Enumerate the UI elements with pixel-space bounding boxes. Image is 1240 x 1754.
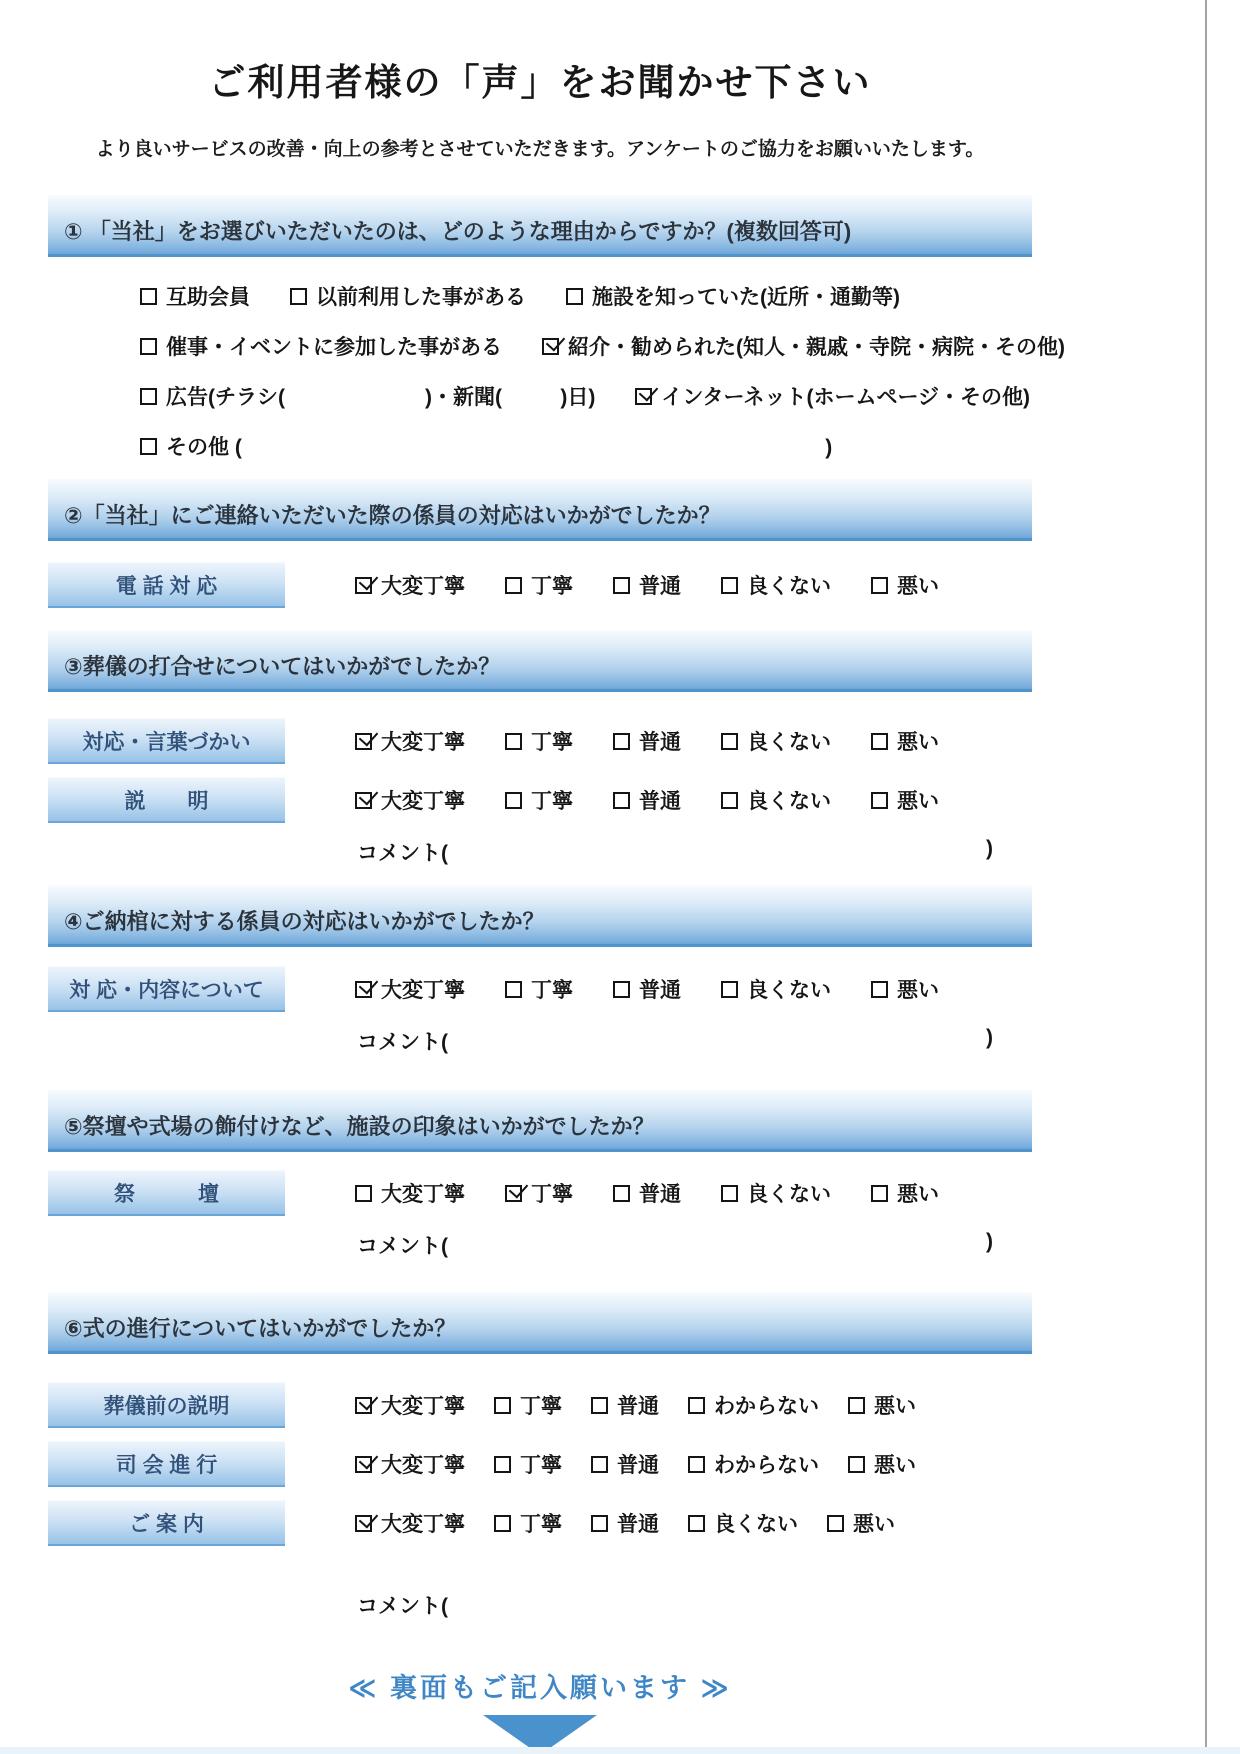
option-label: 以前利用した事がある bbox=[316, 281, 526, 311]
checkbox-option[interactable]: 以前利用した事がある bbox=[290, 281, 526, 311]
footer-note: ≪ 裏面もご記入願います ≫ bbox=[48, 1666, 1032, 1705]
options-group: その他 ( ) bbox=[140, 431, 832, 461]
checkbox-icon[interactable] bbox=[494, 1456, 511, 1473]
comment-label: コメント( bbox=[357, 1235, 448, 1258]
checkbox-option[interactable]: 悪い bbox=[871, 570, 939, 600]
checkbox-option[interactable]: わからない bbox=[688, 1390, 819, 1420]
option-label: 良くない bbox=[714, 1508, 798, 1538]
checkbox-option[interactable]: 互助会員 bbox=[140, 281, 250, 311]
checkbox-icon[interactable] bbox=[871, 577, 888, 594]
options-group: 大変丁寧丁寧普通良くない悪い bbox=[355, 1508, 895, 1538]
options-group: 互助会員以前利用した事がある施設を知っていた(近所・通勤等) bbox=[140, 281, 900, 311]
checkbox-option[interactable]: 紹介・勧められた(知人・親戚・寺院・病院・その他) bbox=[542, 331, 1065, 361]
checkbox-option[interactable]: 普通 bbox=[613, 570, 681, 600]
checkbox-icon[interactable] bbox=[505, 577, 522, 594]
scan-bottom-strip bbox=[0, 1747, 1240, 1754]
checkbox-option[interactable]: 催事・イベントに参加した事がある bbox=[140, 331, 502, 361]
option-label: 良くない bbox=[747, 726, 831, 756]
checkbox-option[interactable]: 悪い bbox=[848, 1449, 916, 1479]
option-label: 大変丁寧 bbox=[381, 1178, 465, 1208]
option-label: 悪い bbox=[897, 726, 939, 756]
section-body: 対 応・内容について大変丁寧丁寧普通良くない悪いコメント() bbox=[48, 947, 1032, 1058]
comment-row: コメント( bbox=[48, 1590, 1032, 1622]
survey-section-2: ②「当社」にご連絡いただいた際の係員の対応はいかがでしたか？電 話 対 応大変丁… bbox=[48, 479, 1032, 608]
survey-section-6: ⑥式の進行についてはいかがでしたか？葬儀前の説明大変丁寧丁寧普通わからない悪い司… bbox=[48, 1292, 1032, 1622]
survey-section-5: ⑤祭壇や式場の飾付けなど、施設の印象はいかがでしたか？祭 壇大変丁寧丁寧普通良く… bbox=[48, 1090, 1032, 1262]
checkbox-option[interactable]: 悪い bbox=[871, 785, 939, 815]
survey-section-1: ① 「当社」をお選びいただいたのは、どのような理由からですか？(複数回答可)互助… bbox=[48, 195, 1032, 461]
checkbox-option[interactable]: 施設を知っていた(近所・通勤等) bbox=[566, 281, 900, 311]
checkbox-icon[interactable] bbox=[848, 1456, 865, 1473]
option-label: インターネット(ホームページ・その他) bbox=[661, 381, 1030, 411]
checkbox-checked-icon[interactable] bbox=[542, 338, 559, 355]
option-label: 普通 bbox=[639, 726, 681, 756]
checkbox-option[interactable]: 大変丁寧 bbox=[355, 570, 465, 600]
checkbox-checked-icon[interactable] bbox=[355, 1456, 372, 1473]
option-label: 大変丁寧 bbox=[381, 570, 465, 600]
checkbox-option[interactable]: 大変丁寧 bbox=[355, 1390, 465, 1420]
rating-row: 司 会 進 行大変丁寧丁寧普通わからない悪い bbox=[48, 1441, 1032, 1487]
option-label: 普通 bbox=[617, 1390, 659, 1420]
checkbox-option[interactable]: 悪い bbox=[827, 1508, 895, 1538]
option-label: 普通 bbox=[617, 1508, 659, 1538]
option-label: 普通 bbox=[639, 570, 681, 600]
checkbox-option[interactable]: 悪い bbox=[871, 1178, 939, 1208]
checkbox-option[interactable]: 大変丁寧 bbox=[355, 1178, 465, 1208]
option-label: 良くない bbox=[747, 785, 831, 815]
checkbox-option[interactable]: 普通 bbox=[613, 1178, 681, 1208]
checkbox-option[interactable]: 普通 bbox=[613, 974, 681, 1004]
checkbox-checked-icon[interactable] bbox=[505, 1185, 522, 1202]
options-group: 広告(チラシ( )・新聞( )日)インターネット(ホームページ・その他) bbox=[140, 381, 1030, 411]
section-body: 葬儀前の説明大変丁寧丁寧普通わからない悪い司 会 進 行大変丁寧丁寧普通わからな… bbox=[48, 1354, 1032, 1622]
section-body: 対応・言葉づかい大変丁寧丁寧普通良くない悪い説 明大変丁寧丁寧普通良くない悪いコ… bbox=[48, 692, 1032, 869]
option-label: 丁寧 bbox=[520, 1449, 562, 1479]
option-label: 悪い bbox=[897, 785, 939, 815]
option-label: 悪い bbox=[897, 570, 939, 600]
survey-section-4: ④ご納棺に対する係員の対応はいかがでしたか？対 応・内容について大変丁寧丁寧普通… bbox=[48, 885, 1032, 1058]
row-label-badge: 対 応・内容について bbox=[48, 966, 285, 1012]
checkbox-option[interactable]: 大変丁寧 bbox=[355, 1508, 465, 1538]
option-label: 普通 bbox=[617, 1449, 659, 1479]
checkbox-option[interactable]: 悪い bbox=[871, 974, 939, 1004]
section-header: ① 「当社」をお選びいただいたのは、どのような理由からですか？(複数回答可) bbox=[48, 195, 1032, 257]
rating-row: 対 応・内容について大変丁寧丁寧普通良くない悪い bbox=[48, 966, 1032, 1012]
option-label: 丁寧 bbox=[520, 1390, 562, 1420]
section-body: 祭 壇大変丁寧丁寧普通良くない悪いコメント() bbox=[48, 1152, 1032, 1262]
checkbox-icon[interactable] bbox=[721, 792, 738, 809]
options-group: 大変丁寧丁寧普通良くない悪い bbox=[355, 1178, 939, 1208]
comment-label: コメント( bbox=[357, 842, 448, 865]
checkbox-icon[interactable] bbox=[827, 1515, 844, 1532]
option-label: 丁寧 bbox=[531, 726, 573, 756]
checkbox-option[interactable]: 大変丁寧 bbox=[355, 726, 465, 756]
option-label: 悪い bbox=[897, 974, 939, 1004]
checkbox-icon[interactable] bbox=[494, 1397, 511, 1414]
checkbox-checked-icon[interactable] bbox=[355, 1397, 372, 1414]
checkbox-checked-icon[interactable] bbox=[635, 388, 652, 405]
checkbox-icon[interactable] bbox=[871, 792, 888, 809]
checkbox-icon[interactable] bbox=[721, 981, 738, 998]
option-label: 広告(チラシ( )・新聞( )日) bbox=[166, 381, 595, 411]
choice-row: 催事・イベントに参加した事がある紹介・勧められた(知人・親戚・寺院・病院・その他… bbox=[48, 331, 1032, 361]
checkbox-option[interactable]: その他 ( ) bbox=[140, 431, 832, 461]
section-header: ⑥式の進行についてはいかがでしたか？ bbox=[48, 1292, 1032, 1354]
row-label-badge: 対応・言葉づかい bbox=[48, 718, 285, 764]
section-header: ④ご納棺に対する係員の対応はいかがでしたか？ bbox=[48, 885, 1032, 947]
checkbox-option[interactable]: 良くない bbox=[721, 785, 831, 815]
checkbox-option[interactable]: 丁寧 bbox=[494, 1508, 562, 1538]
comment-row: コメント() bbox=[48, 1230, 1032, 1262]
options-group: 大変丁寧丁寧普通良くない悪い bbox=[355, 785, 939, 815]
comment-close-paren: ) bbox=[986, 837, 993, 861]
checkbox-option[interactable]: 普通 bbox=[613, 726, 681, 756]
comment-label: コメント( bbox=[357, 1031, 448, 1054]
checkbox-icon[interactable] bbox=[355, 1185, 372, 1202]
option-label: 大変丁寧 bbox=[381, 1390, 465, 1420]
comment-row: コメント() bbox=[48, 1026, 1032, 1058]
checkbox-option[interactable]: 丁寧 bbox=[505, 1178, 573, 1208]
option-label: 普通 bbox=[639, 1178, 681, 1208]
checkbox-icon[interactable] bbox=[505, 981, 522, 998]
option-label: 大変丁寧 bbox=[381, 1449, 465, 1479]
checkbox-option[interactable]: 良くない bbox=[721, 570, 831, 600]
page-subtitle: より良いサービスの改善・向上の参考とさせていただきます。アンケートのご協力をお願… bbox=[48, 134, 1032, 161]
checkbox-option[interactable]: インターネット(ホームページ・その他) bbox=[635, 381, 1030, 411]
checkbox-icon[interactable] bbox=[871, 981, 888, 998]
checkbox-icon[interactable] bbox=[505, 792, 522, 809]
checkbox-icon[interactable] bbox=[140, 438, 157, 455]
section-header: ③葬儀の打合せについてはいかがでしたか？ bbox=[48, 630, 1032, 692]
rating-row: 葬儀前の説明大変丁寧丁寧普通わからない悪い bbox=[48, 1382, 1032, 1428]
option-label: その他 ( ) bbox=[166, 431, 832, 461]
option-label: 大変丁寧 bbox=[381, 1508, 465, 1538]
checkbox-option[interactable]: 良くない bbox=[721, 1178, 831, 1208]
row-label-badge: 説 明 bbox=[48, 777, 285, 823]
checkbox-icon[interactable] bbox=[871, 733, 888, 750]
checkbox-icon[interactable] bbox=[613, 1185, 630, 1202]
section-header: ⑤祭壇や式場の飾付けなど、施設の印象はいかがでしたか？ bbox=[48, 1090, 1032, 1152]
section-body: 互助会員以前利用した事がある施設を知っていた(近所・通勤等)催事・イベントに参加… bbox=[48, 257, 1032, 461]
option-label: 紹介・勧められた(知人・親戚・寺院・病院・その他) bbox=[568, 331, 1065, 361]
survey-sections: ① 「当社」をお選びいただいたのは、どのような理由からですか？(複数回答可)互助… bbox=[48, 195, 1032, 1622]
checkbox-icon[interactable] bbox=[591, 1456, 608, 1473]
checkbox-icon[interactable] bbox=[871, 1185, 888, 1202]
option-label: 悪い bbox=[874, 1449, 916, 1479]
checkbox-option[interactable]: 悪い bbox=[848, 1390, 916, 1420]
checkbox-option[interactable]: 丁寧 bbox=[505, 726, 573, 756]
option-label: 丁寧 bbox=[531, 1178, 573, 1208]
checkbox-option[interactable]: 丁寧 bbox=[494, 1390, 562, 1420]
choice-row: 互助会員以前利用した事がある施設を知っていた(近所・通勤等) bbox=[48, 281, 1032, 311]
checkbox-option[interactable]: 普通 bbox=[591, 1449, 659, 1479]
checkbox-icon[interactable] bbox=[688, 1397, 705, 1414]
rating-row: 説 明大変丁寧丁寧普通良くない悪い bbox=[48, 777, 1032, 823]
row-label-badge: ご 案 内 bbox=[48, 1500, 285, 1546]
choice-row: その他 ( ) bbox=[48, 431, 1032, 461]
checkbox-icon[interactable] bbox=[688, 1515, 705, 1532]
option-label: 悪い bbox=[897, 1178, 939, 1208]
option-label: 普通 bbox=[639, 974, 681, 1004]
option-label: 施設を知っていた(近所・通勤等) bbox=[592, 281, 900, 311]
checkbox-icon[interactable] bbox=[591, 1515, 608, 1532]
checkbox-icon[interactable] bbox=[688, 1456, 705, 1473]
checkbox-icon[interactable] bbox=[566, 288, 583, 305]
checkbox-option[interactable]: 丁寧 bbox=[494, 1449, 562, 1479]
option-label: 丁寧 bbox=[531, 785, 573, 815]
checkbox-icon[interactable] bbox=[721, 1185, 738, 1202]
option-label: わからない bbox=[714, 1449, 819, 1479]
section-body: 電 話 対 応大変丁寧丁寧普通良くない悪い bbox=[48, 541, 1032, 608]
checkbox-option[interactable]: 丁寧 bbox=[505, 974, 573, 1004]
checkbox-option[interactable]: 大変丁寧 bbox=[355, 974, 465, 1004]
option-label: 大変丁寧 bbox=[381, 726, 465, 756]
options-group: 大変丁寧丁寧普通良くない悪い bbox=[355, 570, 939, 600]
checkbox-option[interactable]: 普通 bbox=[591, 1390, 659, 1420]
option-label: わからない bbox=[714, 1390, 819, 1420]
rating-row: 対応・言葉づかい大変丁寧丁寧普通良くない悪い bbox=[48, 718, 1032, 764]
checkbox-option[interactable]: 良くない bbox=[721, 726, 831, 756]
options-group: 催事・イベントに参加した事がある紹介・勧められた(知人・親戚・寺院・病院・その他… bbox=[140, 331, 1065, 361]
options-group: 大変丁寧丁寧普通わからない悪い bbox=[355, 1390, 916, 1420]
comment-close-paren: ) bbox=[986, 1026, 993, 1050]
checkbox-option[interactable]: 普通 bbox=[591, 1508, 659, 1538]
row-label-badge: 葬儀前の説明 bbox=[48, 1382, 285, 1428]
checkbox-icon[interactable] bbox=[591, 1397, 608, 1414]
rating-row: 祭 壇大変丁寧丁寧普通良くない悪い bbox=[48, 1170, 1032, 1216]
checkbox-option[interactable]: 丁寧 bbox=[505, 785, 573, 815]
checkbox-icon[interactable] bbox=[140, 338, 157, 355]
option-label: 互助会員 bbox=[166, 281, 250, 311]
page-title: ご利用者様の「声」をお聞かせ下さい bbox=[48, 0, 1032, 106]
checkbox-icon[interactable] bbox=[613, 981, 630, 998]
option-label: 悪い bbox=[874, 1390, 916, 1420]
checkbox-option[interactable]: 大変丁寧 bbox=[355, 785, 465, 815]
checkbox-option[interactable]: 普通 bbox=[613, 785, 681, 815]
option-label: 丁寧 bbox=[531, 570, 573, 600]
options-group: 大変丁寧丁寧普通良くない悪い bbox=[355, 974, 939, 1004]
checkbox-icon[interactable] bbox=[290, 288, 307, 305]
checkbox-icon[interactable] bbox=[613, 577, 630, 594]
checkbox-icon[interactable] bbox=[721, 733, 738, 750]
comment-close-paren: ) bbox=[986, 1230, 993, 1254]
checkbox-checked-icon[interactable] bbox=[355, 1515, 372, 1532]
options-group: 大変丁寧丁寧普通わからない悪い bbox=[355, 1449, 916, 1479]
checkbox-option[interactable]: 大変丁寧 bbox=[355, 1449, 465, 1479]
option-label: 良くない bbox=[747, 570, 831, 600]
survey-section-3: ③葬儀の打合せについてはいかがでしたか？対応・言葉づかい大変丁寧丁寧普通良くない… bbox=[48, 630, 1032, 869]
section-header: ②「当社」にご連絡いただいた際の係員の対応はいかがでしたか？ bbox=[48, 479, 1032, 541]
row-label-badge: 祭 壇 bbox=[48, 1170, 285, 1216]
option-label: 大変丁寧 bbox=[381, 974, 465, 1004]
option-label: 丁寧 bbox=[531, 974, 573, 1004]
rating-row: ご 案 内大変丁寧丁寧普通良くない悪い bbox=[48, 1500, 1032, 1546]
checkbox-option[interactable]: 丁寧 bbox=[505, 570, 573, 600]
checkbox-option[interactable]: 良くない bbox=[688, 1508, 798, 1538]
comment-row: コメント() bbox=[48, 837, 1032, 869]
checkbox-icon[interactable] bbox=[613, 792, 630, 809]
checkbox-checked-icon[interactable] bbox=[355, 981, 372, 998]
rating-row: 電 話 対 応大変丁寧丁寧普通良くない悪い bbox=[48, 562, 1032, 608]
checkbox-icon[interactable] bbox=[721, 577, 738, 594]
option-label: 大変丁寧 bbox=[381, 785, 465, 815]
checkbox-icon[interactable] bbox=[848, 1397, 865, 1414]
survey-page: ご利用者様の「声」をお聞かせ下さい より良いサービスの改善・向上の参考とさせてい… bbox=[48, 0, 1032, 1754]
checkbox-icon[interactable] bbox=[613, 733, 630, 750]
checkbox-icon[interactable] bbox=[505, 733, 522, 750]
checkbox-icon[interactable] bbox=[140, 288, 157, 305]
checkbox-icon[interactable] bbox=[140, 388, 157, 405]
checkbox-option[interactable]: わからない bbox=[688, 1449, 819, 1479]
option-label: 普通 bbox=[639, 785, 681, 815]
checkbox-checked-icon[interactable] bbox=[355, 733, 372, 750]
checkbox-checked-icon[interactable] bbox=[355, 577, 372, 594]
comment-label: コメント( bbox=[357, 1595, 448, 1618]
option-label: 催事・イベントに参加した事がある bbox=[166, 331, 502, 361]
row-label-badge: 電 話 対 応 bbox=[48, 562, 285, 608]
option-label: 悪い bbox=[853, 1508, 895, 1538]
option-label: 良くない bbox=[747, 974, 831, 1004]
checkbox-checked-icon[interactable] bbox=[355, 792, 372, 809]
row-label-badge: 司 会 進 行 bbox=[48, 1441, 285, 1487]
checkbox-icon[interactable] bbox=[494, 1515, 511, 1532]
checkbox-option[interactable]: 悪い bbox=[871, 726, 939, 756]
choice-row: 広告(チラシ( )・新聞( )日)インターネット(ホームページ・その他) bbox=[48, 381, 1032, 411]
scan-edge-line bbox=[1205, 0, 1207, 1754]
checkbox-option[interactable]: 広告(チラシ( )・新聞( )日) bbox=[140, 381, 595, 411]
option-label: 丁寧 bbox=[520, 1508, 562, 1538]
option-label: 良くない bbox=[747, 1178, 831, 1208]
options-group: 大変丁寧丁寧普通良くない悪い bbox=[355, 726, 939, 756]
checkbox-option[interactable]: 良くない bbox=[721, 974, 831, 1004]
